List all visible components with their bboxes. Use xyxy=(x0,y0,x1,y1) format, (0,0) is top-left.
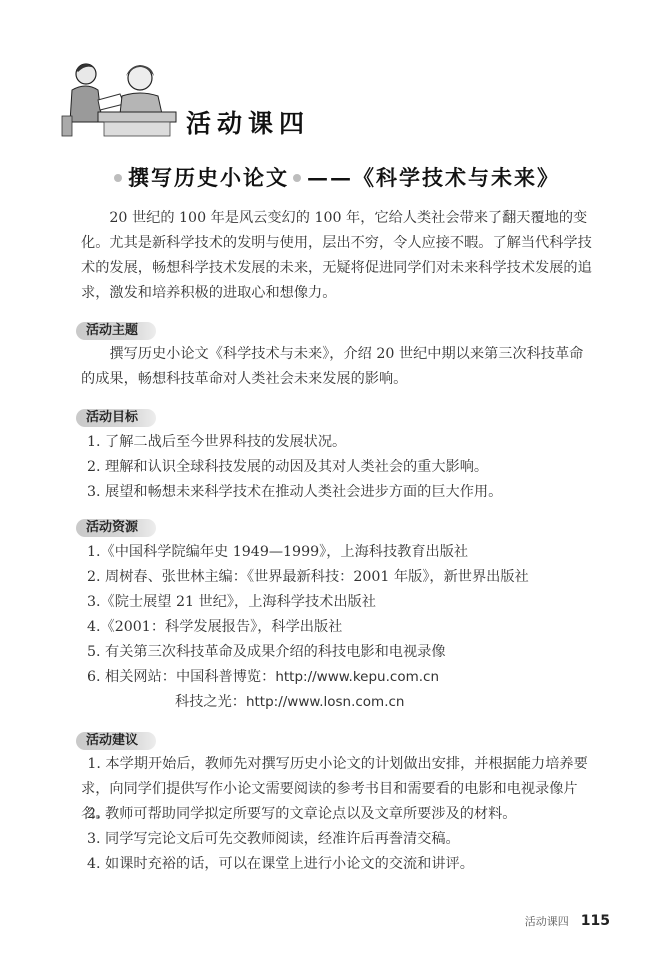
textbook-page: 活动课四 撰写历史小论文——《科学技术与未来》 20 世纪的 100 年是风云变… xyxy=(0,0,650,963)
websites-label: 6. 相关网站： xyxy=(87,669,176,685)
list-item: 4.《2001：科学发展报告》，科学出版社 xyxy=(87,615,607,640)
resources-list: 1.《中国科学院编年史 1949—1999》，上海科技教育出版社 2. 周树春、… xyxy=(87,540,607,715)
subtitle-dash: —— xyxy=(307,165,353,190)
intro-paragraph: 20 世纪的 100 年是风云变幻的 100 年，它给人类社会带来了翻天覆地的变… xyxy=(81,206,595,306)
lesson-title: 活动课四 xyxy=(186,104,310,140)
activity-subtitle: 撰写历史小论文——《科学技术与未来》 xyxy=(110,162,580,192)
page-footer: 活动课四115 xyxy=(525,913,610,929)
list-item-websites: 6. 相关网站：中国科普博览：http://www.kepu.com.cn xyxy=(87,665,607,690)
bullet-dot-icon xyxy=(114,174,122,182)
lesson-header: 活动课四 xyxy=(58,60,358,140)
list-item: 3. 展望和畅想未来科学技术在推动人类社会进步方面的巨大作用。 xyxy=(87,480,607,505)
two-students-reading-icon xyxy=(58,60,178,138)
list-item: 2. 周树春、张世林主编：《世界最新科技：2001 年版》，新世界出版社 xyxy=(87,565,607,590)
list-item: 2. 理解和认识全球科技发展的动因及其对人类社会的重大影响。 xyxy=(87,455,607,480)
intro-text: 20 世纪的 100 年是风云变幻的 100 年，它给人类社会带来了翻天覆地的变… xyxy=(81,206,595,306)
list-item: 1. 了解二战后至今世界科技的发展状况。 xyxy=(87,430,607,455)
section-label-theme: 活动主题 xyxy=(76,322,156,340)
list-item: 2. 教师可帮助同学拟定所要写的文章论点以及文章所要涉及的材料。 xyxy=(87,802,607,827)
subtitle-part1: 撰写历史小论文 xyxy=(128,165,289,190)
site1-name: 中国科普博览： xyxy=(176,669,275,685)
theme-paragraph: 撰写历史小论文《科学技术与未来》，介绍 20 世纪中期以来第三次科技革命的成果，… xyxy=(81,342,595,392)
running-title: 活动课四 xyxy=(525,915,569,928)
section-label-resources: 活动资源 xyxy=(76,519,156,537)
list-item: 4. 如课时充裕的话，可以在课堂上进行小论文的交流和讲评。 xyxy=(87,852,607,877)
site2-url[interactable]: http://www.losn.com.cn xyxy=(246,694,405,710)
suggestions-list: 2. 教师可帮助同学拟定所要写的文章论点以及文章所要涉及的材料。 3. 同学写完… xyxy=(87,802,607,877)
list-item: 5. 有关第三次科技革命及成果介绍的科技电影和电视录像 xyxy=(87,640,607,665)
site1-url[interactable]: http://www.kepu.com.cn xyxy=(275,669,439,685)
site2-name: 科技之光： xyxy=(175,694,246,710)
list-item-website-2: 科技之光：http://www.losn.com.cn xyxy=(87,690,607,715)
theme-text: 撰写历史小论文《科学技术与未来》，介绍 20 世纪中期以来第三次科技革命的成果，… xyxy=(81,342,595,392)
page-number: 115 xyxy=(581,913,610,929)
bullet-dot-icon xyxy=(293,174,301,182)
goals-list: 1. 了解二战后至今世界科技的发展状况。 2. 理解和认识全球科技发展的动因及其… xyxy=(87,430,607,505)
section-label-goals: 活动目标 xyxy=(76,409,156,427)
subtitle-part2: 《科学技术与未来》 xyxy=(353,165,560,190)
list-item: 3.《院士展望 21 世纪》，上海科学技术出版社 xyxy=(87,590,607,615)
section-label-suggestions: 活动建议 xyxy=(76,732,156,750)
list-item: 1.《中国科学院编年史 1949—1999》，上海科技教育出版社 xyxy=(87,540,607,565)
list-item: 3. 同学写完论文后可先交教师阅读，经准许后再誊清交稿。 xyxy=(87,827,607,852)
